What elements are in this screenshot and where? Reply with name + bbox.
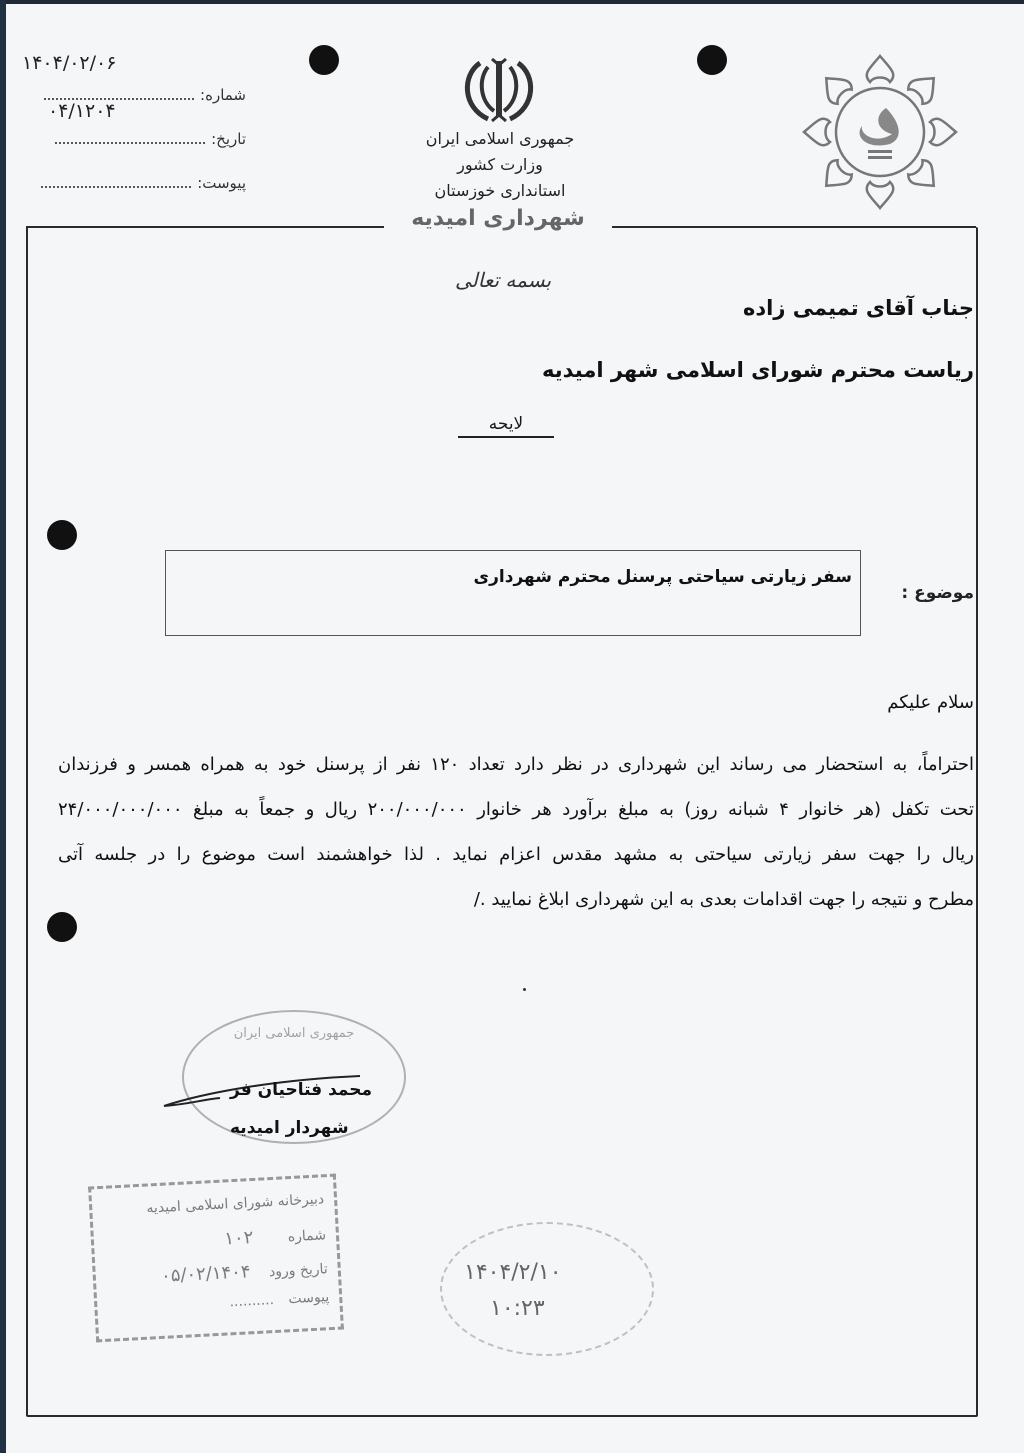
dotted-line: [55, 132, 205, 144]
municipality-logo-icon: [800, 52, 960, 212]
stamp-date-row: تاریخ ورود ۰۵/۰۲/۱۴۰۴: [161, 1257, 329, 1287]
subject-box: سفر زیارتی سیاحتی پرسنل محترم شهرداری: [165, 550, 861, 636]
subject-text: سفر زیارتی سیاحتی پرسنل محترم شهرداری: [474, 567, 852, 587]
body-line: مطرح و نتیجه را جهت اقدامات بعدی به این …: [58, 877, 974, 922]
signatory-title: شهردار امیدیه: [230, 1118, 349, 1138]
handwritten-date: ۱۴۰۴/۰۲/۰۶: [22, 52, 116, 74]
greeting: سلام علیکم: [887, 692, 974, 713]
body-line: احتراماً، به استحضار می رساند این شهردار…: [58, 742, 974, 787]
header-ministry-lines: جمهوری اسلامی ایران وزارت کشور استانداری…: [370, 126, 630, 204]
body-line: تحت تکفل (هر خانوار ۴ شبانه روز) به مبلغ…: [58, 787, 974, 832]
letter-body: احتراماً، به استحضار می رساند این شهردار…: [58, 742, 974, 922]
document-type: لایحه: [458, 414, 554, 438]
stamp-number-row: شماره ۱۰۲: [224, 1223, 327, 1249]
seal-text: جمهوری اسلامی ایران: [184, 1026, 404, 1041]
recipient-name: جناب آقای تمیمی زاده: [743, 296, 974, 320]
scan-edge-left: [0, 0, 6, 1453]
scanned-letter-page: ۱۴۰۴/۰۲/۰۶ شماره: ۰۴/۱۲۰۴ تاریخ: پیوست: …: [0, 0, 1024, 1453]
punch-hole-icon: [697, 45, 727, 75]
dotted-line: [41, 176, 191, 188]
stamp-attachment-label: پیوست: [288, 1289, 330, 1307]
stamp-date-label: تاریخ ورود: [269, 1261, 329, 1280]
ink-dot: [523, 988, 526, 991]
punch-hole-icon: [309, 45, 339, 75]
subject-label: موضوع :: [901, 583, 974, 603]
bismillah-calligraphy: بسمه تعالی: [455, 268, 551, 292]
reference-date-row: تاریخ:: [55, 130, 246, 148]
scan-edge-top: [0, 0, 1024, 4]
reference-date-label: تاریخ:: [211, 130, 246, 148]
dotted-line: [44, 88, 194, 100]
signatory-name: محمد فتاحیان فر: [230, 1080, 372, 1100]
header-line-ministry: وزارت کشور: [370, 152, 630, 178]
reference-attachment-row: پیوست:: [41, 174, 246, 192]
stamp-number-label: شماره: [287, 1227, 326, 1245]
header-line-republic: جمهوری اسلامی ایران: [370, 126, 630, 152]
stamp-received-time: ۱۰:۲۳: [490, 1296, 545, 1321]
reference-number-label: شماره:: [200, 86, 246, 104]
header-line-governorate: استانداری خوزستان: [370, 178, 630, 204]
reference-number-value: ۰۴/۱۲۰۴: [48, 100, 116, 122]
dotted-line: ..........: [229, 1292, 274, 1310]
stamp-number-value: ۱۰۲: [224, 1227, 254, 1249]
recipient-title: ریاست محترم شورای اسلامی شهر امیدیه: [542, 358, 974, 382]
stamp-title: دبیرخانه شورای اسلامی امیدیه: [146, 1191, 324, 1216]
iran-emblem-icon: [458, 55, 540, 125]
body-line: ریال را جهت سفر زیارتی سیاحتی به مشهد مق…: [58, 832, 974, 877]
stamp-received-date: ۱۴۰۴/۲/۱۰: [464, 1260, 562, 1285]
stamp-attachment-row: پیوست ..........: [229, 1289, 330, 1310]
stamp-date-value: ۰۵/۰۲/۱۴۰۴: [161, 1261, 251, 1287]
received-date-stamp: ۱۴۰۴/۲/۱۰ ۱۰:۲۳: [440, 1222, 654, 1356]
secretariat-receipt-stamp: دبیرخانه شورای اسلامی امیدیه شماره ۱۰۲ ت…: [88, 1174, 344, 1343]
reference-attachment-label: پیوست:: [197, 174, 246, 192]
